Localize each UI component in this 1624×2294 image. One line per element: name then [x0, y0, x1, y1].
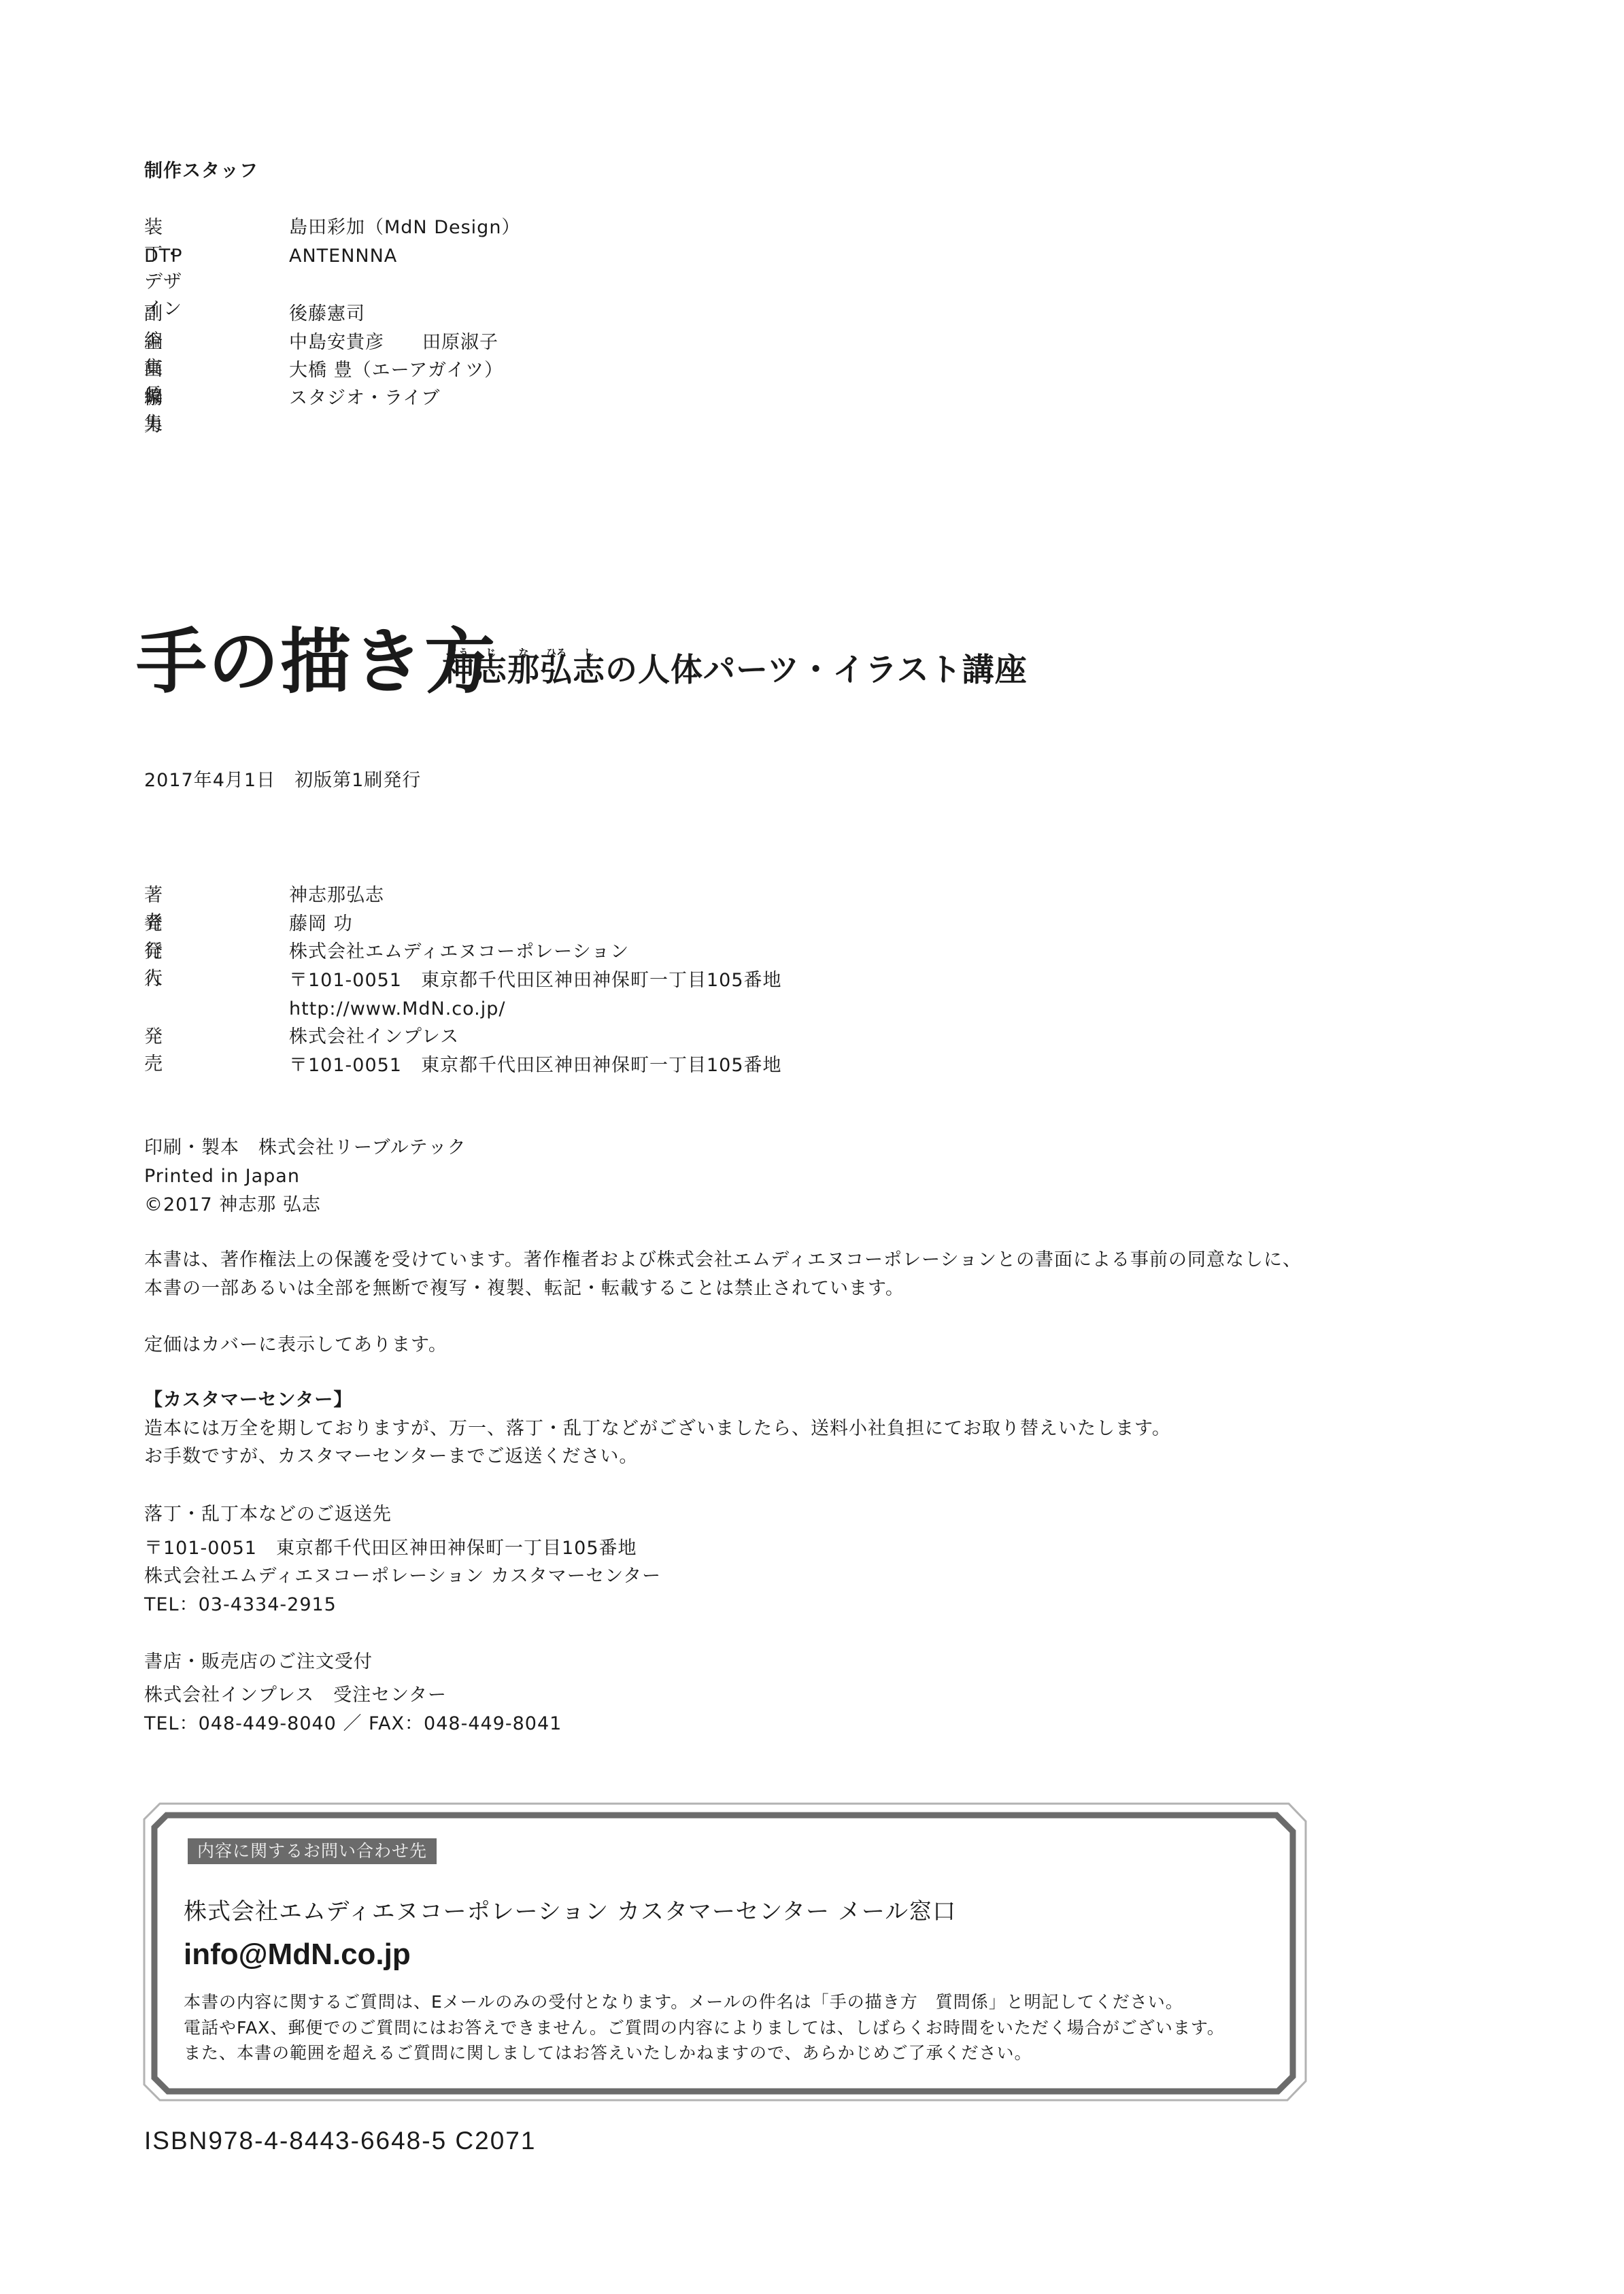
- author-char: な那: [507, 653, 540, 688]
- author-char: じ志: [475, 653, 507, 688]
- pub-value: 株式会社エムディエヌコーポレーション: [289, 939, 629, 966]
- pub-role: 発行: [144, 939, 163, 993]
- credit-name: 島田彩加（MdN Design）: [289, 214, 520, 241]
- pub-value: 藤岡 功: [289, 911, 353, 938]
- orders-line: 株式会社インプレス 受注センター: [144, 1682, 447, 1709]
- contact-note-line: 電話やFAX、郵便でのご質問にはお答えできません。ご質問の内容によりましては、し…: [184, 2017, 1225, 2040]
- customer-center-heading: 【カスタマーセンター】: [144, 1387, 352, 1414]
- staff-heading: 制作スタッフ: [144, 158, 258, 185]
- contact-company: 株式会社エムディエヌコーポレーション カスタマーセンター メール窓口: [184, 1896, 956, 1927]
- book-subtitle: こう神じ志な那ひろ弘し志の人体パーツ・イラスト講座: [442, 653, 1028, 688]
- contact-box-tag: 内容に関するお問い合わせ先: [188, 1838, 437, 1864]
- ruby-text: じ: [475, 635, 507, 671]
- customer-center-line: お手数ですが、カスタマーセンターまでご返送ください。: [144, 1443, 638, 1470]
- subtitle-rest: の人体パーツ・イラスト講座: [605, 652, 1028, 689]
- isbn: ISBN978-4-8443-6648-5 C2071: [144, 2125, 536, 2157]
- return-line: 株式会社エムディエヌコーポレーション カスタマーセンター: [144, 1563, 661, 1590]
- credit-name: 大橋 豊（エーアガイツ）: [289, 357, 503, 384]
- author-char: こう神: [442, 653, 475, 688]
- copyright-notice-line: 本書の一部あるいは全部を無断で複写・複製、転記・転載することは禁止されています。: [144, 1275, 904, 1302]
- printed-in: Printed in Japan: [144, 1163, 300, 1190]
- printer: 印刷・製本 株式会社リーブルテック: [144, 1134, 467, 1162]
- ruby-text: し: [573, 635, 605, 671]
- return-line: 〒101-0051 東京都千代田区神田神保町一丁目105番地: [144, 1535, 637, 1562]
- copyright-notice-line: 本書は、著作権法上の保護を受けています。著作権者および株式会社エムディエヌコーポ…: [144, 1247, 1302, 1274]
- price-notice: 定価はカバーに表示してあります。: [144, 1332, 447, 1359]
- author-char: し志: [573, 653, 605, 688]
- ruby-text: ひろ: [540, 635, 573, 671]
- customer-center-line: 造本には万全を期しておりますが、万一、落丁・乱丁などがございましたら、送料小社負…: [144, 1415, 1171, 1443]
- pub-value: 神志那弘志: [289, 882, 384, 909]
- credit-name: 後藤憲司: [289, 301, 365, 328]
- ruby-text: こう: [442, 635, 475, 671]
- credit-name: ANTENNNA: [289, 243, 397, 270]
- author-char: ひろ弘: [540, 653, 573, 688]
- credit-role: 協力: [144, 385, 163, 439]
- pub-address: 〒101-0051 東京都千代田区神田神保町一丁目105番地: [289, 967, 782, 994]
- contact-email[interactable]: info@MdN.co.jp: [184, 1936, 411, 1973]
- orders-phone-fax: TEL：048-449-8040 ／ FAX：048-449-8041: [144, 1710, 562, 1738]
- copyright: ©2017 神志那 弘志: [144, 1192, 321, 1219]
- orders-heading: 書店・販売店のご注文受付: [144, 1649, 373, 1676]
- edition-date: 2017年4月1日 初版第1刷発行: [144, 767, 421, 794]
- credit-role: DTP: [144, 243, 183, 270]
- ruby-text: な: [507, 635, 540, 671]
- return-phone: TEL：03-4334-2915: [144, 1591, 337, 1619]
- credit-name: スタジオ・ライブ: [289, 385, 440, 412]
- pub-address: 〒101-0051 東京都千代田区神田神保町一丁目105番地: [289, 1052, 782, 1079]
- contact-note-line: また、本書の範囲を超えるご質問に関しましてはお答えいたしかねますので、あらかじめ…: [184, 2042, 1032, 2065]
- pub-value: 株式会社インプレス: [289, 1024, 459, 1051]
- pub-role: 発売: [144, 1024, 163, 1078]
- return-heading: 落丁・乱丁本などのご返送先: [144, 1501, 392, 1528]
- pub-url[interactable]: http://www.MdN.co.jp/: [289, 996, 506, 1023]
- contact-note-line: 本書の内容に関するご質問は、Eメールのみの受付となります。メールの件名は「手の描…: [184, 1991, 1183, 2014]
- credit-name: 中島安貴彦 田原淑子: [289, 329, 498, 356]
